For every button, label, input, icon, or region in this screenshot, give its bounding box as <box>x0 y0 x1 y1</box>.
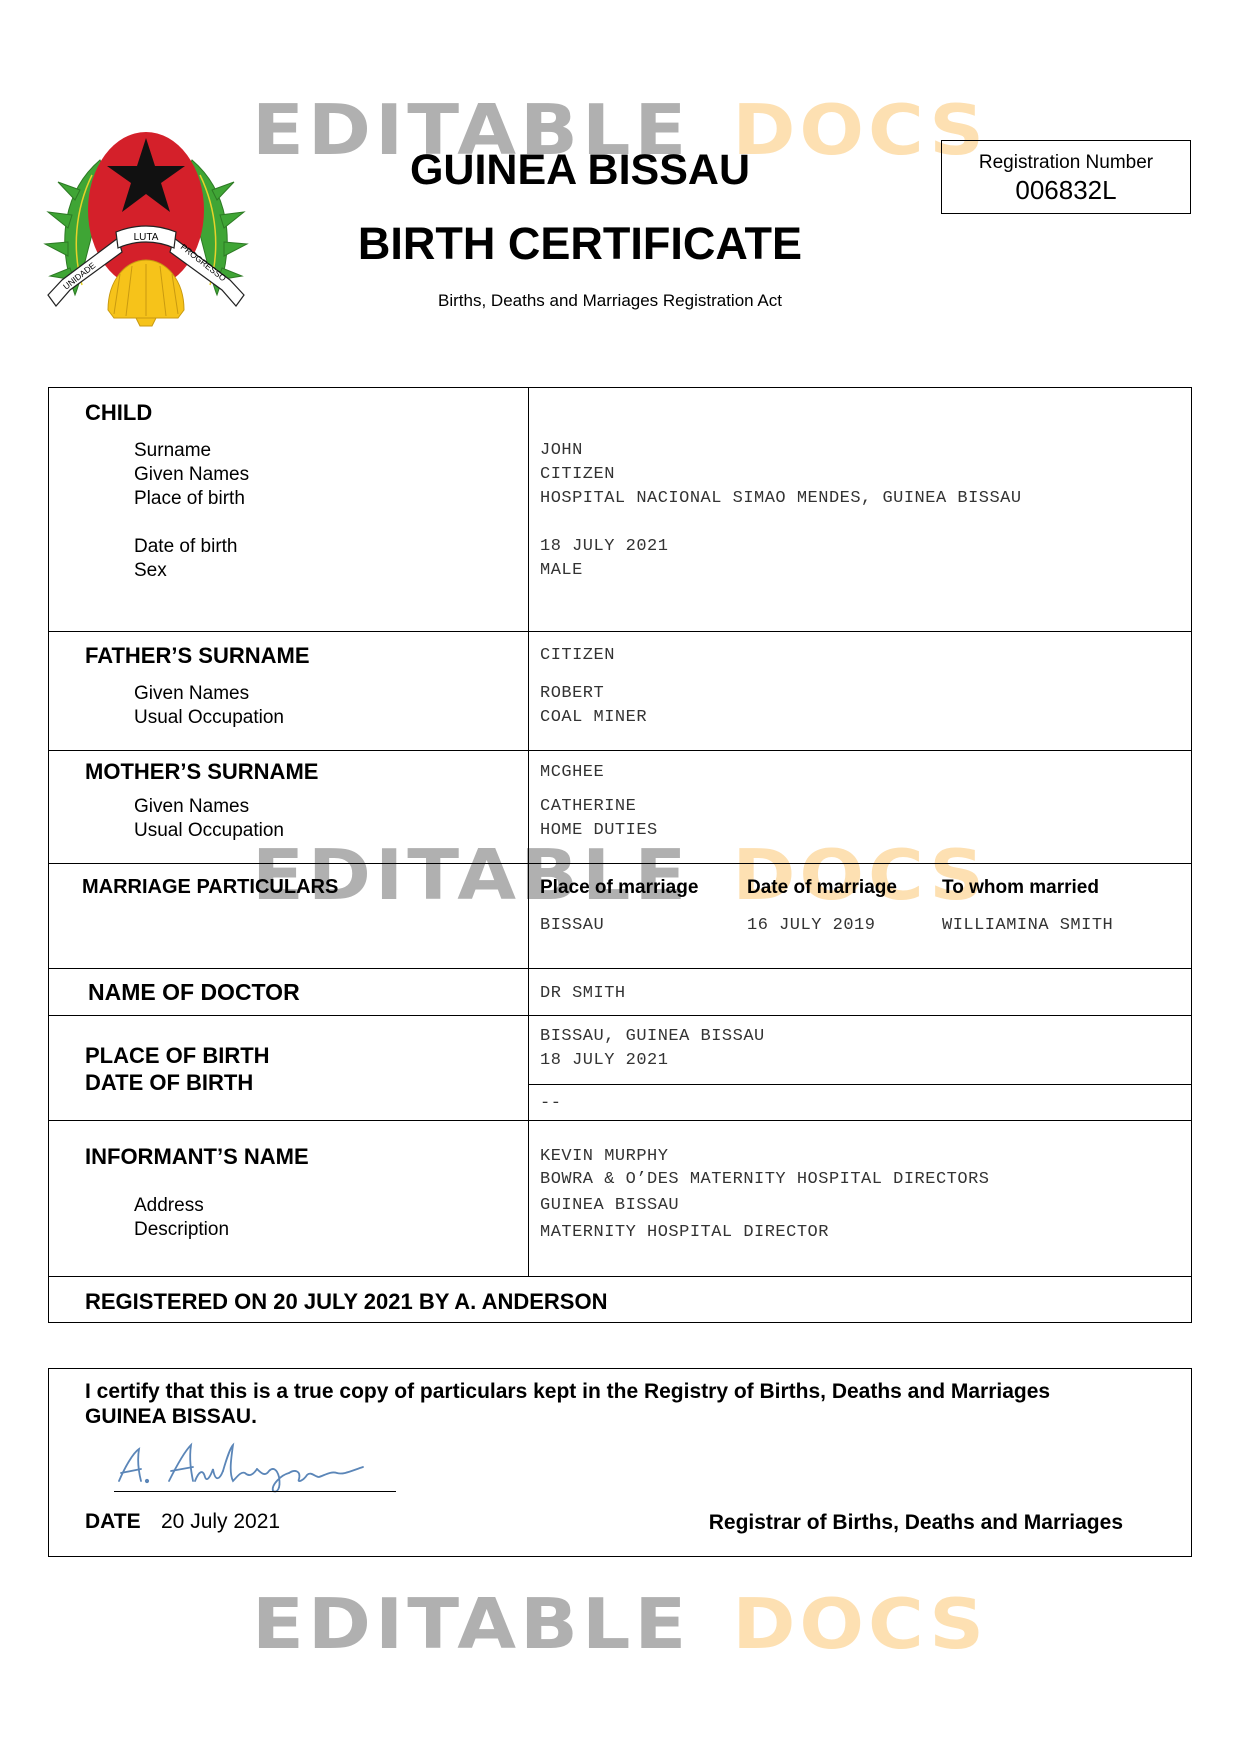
date-label: DATE <box>85 1510 141 1534</box>
child-date-of-birth: 18 JULY 2021 <box>540 535 668 559</box>
marriage-col-date: Date of marriage <box>747 876 897 900</box>
informant-heading: INFORMANT’S NAME <box>85 1144 309 1170</box>
child-place-of-birth: HOSPITAL NACIONAL SIMAO MENDES, GUINEA B… <box>540 487 1022 511</box>
registration-number: 006832L <box>942 175 1190 206</box>
mother-given-names: CATHERINE <box>540 795 636 819</box>
label-place-of-birth: Place of birth <box>134 487 245 511</box>
row-divider <box>49 631 1191 632</box>
registered-statement: REGISTERED ON 20 JULY 2021 BY A. ANDERSO… <box>85 1289 607 1315</box>
birth-date: 18 JULY 2021 <box>540 1049 668 1073</box>
marriage-heading: MARRIAGE PARTICULARS <box>82 876 338 899</box>
certification-line2: GUINEA BISSAU. <box>85 1404 1165 1429</box>
marriage-col-place: Place of marriage <box>540 876 698 900</box>
row-divider <box>49 968 1191 969</box>
informant-address-line2: GUINEA BISSAU <box>540 1194 679 1218</box>
child-given-names: CITIZEN <box>540 463 615 487</box>
label-given-names: Given Names <box>134 463 249 487</box>
signature-icon <box>111 1437 371 1493</box>
informant-description: MATERNITY HOSPITAL DIRECTOR <box>540 1221 829 1245</box>
watermark-text-grey: EDITABLE <box>252 1595 690 1654</box>
child-heading: CHILD <box>85 400 152 426</box>
mother-heading: MOTHER’S SURNAME <box>85 759 318 785</box>
doctor-heading: NAME OF DOCTOR <box>88 979 300 1006</box>
row-divider <box>49 1276 1191 1277</box>
label-father-occupation: Usual Occupation <box>134 706 284 730</box>
row-subdivider <box>528 1084 1191 1085</box>
coat-of-arms-icon: LUTA UNIDADE PROGRESSO <box>40 120 252 335</box>
child-sex: MALE <box>540 559 583 583</box>
date-value: 20 July 2021 <box>161 1510 280 1534</box>
doctor-name: DR SMITH <box>540 982 626 1006</box>
act-subtitle: Births, Deaths and Marriages Registratio… <box>370 291 850 311</box>
label-mother-given-names: Given Names <box>134 795 249 819</box>
birth-extra: -- <box>540 1092 561 1116</box>
father-heading: FATHER’S SURNAME <box>85 643 310 669</box>
watermark-bottom: EDITABLEDOCS <box>252 1595 992 1654</box>
document-title: BIRTH CERTIFICATE <box>330 218 830 270</box>
certificate-table: CHILD Surname Given Names Place of birth… <box>48 387 1192 1323</box>
marriage-date: 16 JULY 2019 <box>747 914 875 938</box>
certification-line1: I certify that this is a true copy of pa… <box>85 1379 1165 1404</box>
registration-label: Registration Number <box>942 152 1190 174</box>
marriage-spouse: WILLIAMINA SMITH <box>942 914 1113 938</box>
country-title: GUINEA BISSAU <box>340 146 820 195</box>
row-divider <box>49 1120 1191 1121</box>
column-divider <box>528 388 529 1276</box>
svg-text:LUTA: LUTA <box>134 232 159 243</box>
label-description: Description <box>134 1218 229 1242</box>
label-address: Address <box>134 1194 204 1218</box>
watermark-text-orange: DOCS <box>732 1595 988 1654</box>
label-father-given-names: Given Names <box>134 682 249 706</box>
date-of-birth-heading: DATE OF BIRTH <box>85 1070 253 1096</box>
signature-line <box>114 1491 396 1492</box>
informant-name: KEVIN MURPHY <box>540 1145 668 1169</box>
row-divider <box>49 1015 1191 1016</box>
label-mother-occupation: Usual Occupation <box>134 819 284 843</box>
row-divider <box>49 750 1191 751</box>
certification-statement: I certify that this is a true copy of pa… <box>85 1379 1165 1429</box>
father-given-names: ROBERT <box>540 682 604 706</box>
birth-place: BISSAU, GUINEA BISSAU <box>540 1025 765 1049</box>
mother-occupation: HOME DUTIES <box>540 819 658 843</box>
father-occupation: COAL MINER <box>540 706 647 730</box>
certification-box: I certify that this is a true copy of pa… <box>48 1368 1192 1557</box>
place-of-birth-heading: PLACE OF BIRTH <box>85 1043 270 1069</box>
marriage-col-spouse: To whom married <box>942 876 1099 900</box>
label-sex: Sex <box>134 559 167 583</box>
mother-surname: MCGHEE <box>540 761 604 785</box>
label-date-of-birth: Date of birth <box>134 535 238 559</box>
registration-number-box: Registration Number 006832L <box>941 140 1191 214</box>
row-divider <box>49 863 1191 864</box>
father-surname: CITIZEN <box>540 644 615 668</box>
registrar-title: Registrar of Births, Deaths and Marriage… <box>709 1511 1123 1535</box>
informant-address-line1: BOWRA & O’DES MATERNITY HOSPITAL DIRECTO… <box>540 1168 989 1192</box>
marriage-place: BISSAU <box>540 914 604 938</box>
child-surname: JOHN <box>540 439 583 463</box>
label-surname: Surname <box>134 439 211 463</box>
